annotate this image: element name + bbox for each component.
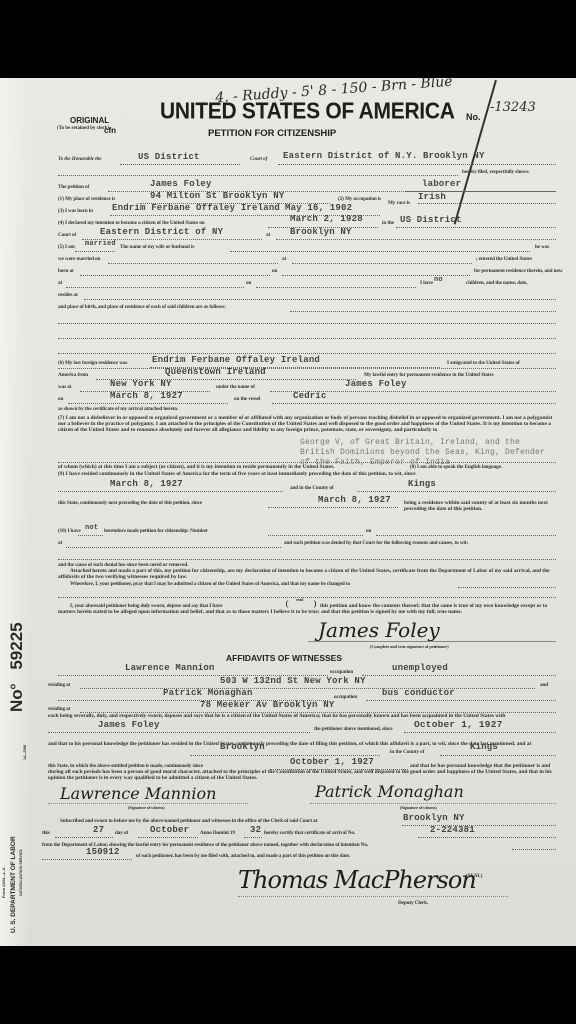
declaration-court: US District [400,215,462,225]
county-label-2: in the County of [390,749,424,755]
field-line [66,287,244,288]
residing-label-w2: residing at [48,706,70,712]
known-since: October 1, 1927 [414,719,503,730]
entry-name: James Foley [345,379,407,389]
field-line [512,849,556,850]
field-line [268,535,363,536]
witness2-address: 78 Meeker Av Brooklyn NY [200,700,334,710]
married-on-label: we were married on [58,256,100,262]
allegiance-text: (7) I am not a disbeliever in or opposed… [58,415,556,433]
america-from-label: America from [58,372,88,378]
field-line [272,403,556,404]
field-line [80,688,535,689]
certify-label: hereby certify that certificate of arriv… [264,830,355,836]
field-line [78,535,103,536]
marital-status: married [85,240,116,248]
reside-label: resides at [58,292,78,298]
affidavits-heading: AFFIDAVITS OF WITNESSES [226,653,342,663]
signature-line [48,803,248,804]
on-label-2: on [246,280,251,286]
certificate-label: as shown by the certificate of my arriva… [58,406,178,412]
witness1-signature: Lawrence Mannion [60,784,216,803]
on-label: on [272,268,277,274]
field-line [276,239,556,240]
witness1-name: Lawrence Mannion [125,663,215,673]
court-name: US District [138,152,200,162]
wherefore-text: Wherefore, I, your petitioner, pray that… [70,581,350,587]
subscribed-month: October [150,825,189,835]
number-label: No. [466,112,481,122]
permanent-label: for permanent residence therein, and now [474,268,563,274]
field-line [58,462,556,463]
field-line [256,287,416,288]
field-line [58,323,556,324]
field-line [440,755,556,756]
children-suffix: children, and the name, date, [466,280,527,286]
field-line [58,491,283,492]
field-line [396,227,556,228]
field-line [84,299,556,300]
serial-value: 59225 [7,622,26,669]
document-title: UNITED STATES OF AMERICA [160,99,455,125]
residence-value: 94 Milton St Brooklyn NY [150,191,284,201]
field-line [366,700,556,701]
field-line [42,859,132,860]
field-line [120,164,240,165]
petition-document: 4. - Ruddy - 5' 8 - 150 - Brn - Blue ORI… [0,78,576,946]
birthplace-value: Endrim Ferbane Offaley Ireland [112,203,280,213]
lawful-entry-label: My lawful entry for permanent residence … [364,372,494,378]
at-label-4: at [58,540,62,546]
in-the-label: in the [382,220,394,226]
occupation-label: (2) My occupation is [338,196,381,202]
field-line [418,837,556,838]
english-text: (8) I am able to speak the English langu… [410,464,502,470]
original-label: ORIGINAL [70,116,109,125]
occupation-label-w1: occupation [330,669,353,675]
oath-text-2: this petition and know the contents ther… [58,603,556,615]
field-line [58,338,556,339]
at-label-3: at [58,280,62,286]
form-label: Form 2204—L-A [1,867,6,898]
petition-of-label: The petition of [58,184,89,190]
filed-text: of such petitioner, has been by me filed… [136,853,350,859]
this-label: this [42,830,50,836]
was-at-label: was at [58,384,71,390]
subscribed-place: Brooklyn NY [403,813,465,823]
vessel-label: on the vessel [234,396,260,402]
declared-label: (4) I declared my intention to become a … [58,220,205,226]
county-label: and in the County of [290,485,334,491]
petition-number: -13243 [490,100,536,115]
prior-petition-label: (10) I have [58,528,81,534]
children-count: no [434,276,443,284]
prior-petition-suffix: heretofore made petition for citizenship… [104,528,208,534]
last-residence-label: (6) My last foreign residence was [58,360,127,366]
field-line [58,175,458,176]
married-label: (5) I am [58,244,75,250]
field-line [66,547,281,548]
born-label: (3) I was born in [58,208,93,214]
serial-number: Noo 59225 [7,622,27,712]
race-label: My race is [388,200,410,206]
field-line [402,825,556,826]
he-was-label: he was [535,244,549,250]
signature-line [238,896,508,897]
field-line [58,368,556,369]
state-suffix [58,506,358,512]
on-label-4: on [366,528,371,534]
clerk-title: Deputy Clerk. [398,900,428,906]
witness2-signature: Patrick Monaghan [315,782,464,801]
department-label: U. S. DEPARTMENT OF LABOR [10,836,17,933]
entered-label: ; entered the United States [476,256,532,262]
declaration-at: Brooklyn NY [290,227,352,237]
petitioner-signature: James Foley [318,618,440,642]
residing-label-w1: residing at [48,682,70,688]
field-line [138,837,198,838]
emigrated-from: Queenstown Ireland [165,367,266,377]
field-line [55,837,113,838]
emigrated-label: I emigrated to the United States of [447,360,520,366]
witness1-address: 503 W 132nd St New York NY [220,676,366,686]
subscribed-text: Subscribed and sworn to before me by the… [60,818,317,824]
court-of-label-2: Court of [58,232,76,238]
witness2-caption: (Signature of witness) [400,805,437,810]
denied-label: and such petition was denied by that Cou… [284,540,468,546]
occupation-value: laborer [422,179,461,189]
field-line [290,311,556,312]
seal-label: (SEAL) [466,873,482,879]
edition-label: 14—2398 [23,745,27,760]
declaration-number: 150912 [86,847,120,857]
field-line [48,732,310,733]
entry-date: March 8, 1927 [110,391,183,401]
document-subtitle: PETITION FOR CITIZENSHIP [208,128,336,139]
field-line [58,597,556,598]
anno-label: Anno Domini 19 [200,830,235,836]
field-line [190,755,380,756]
entry-port: New York NY [110,379,172,389]
witness1-occupation: unemployed [392,663,448,673]
subscribed-day: 27 [93,825,104,835]
field-line [357,491,556,492]
prior-petition-value: not [85,524,98,532]
field-line [68,403,228,404]
attached-text: Attached hereto and made a part of this,… [58,568,556,580]
petitioner-name: James Foley [150,179,212,189]
filed-label: hereby filed, respectfully shows: [462,169,530,175]
vessel-name: Cedric [293,391,327,401]
retained-label: (To be retained by clerk) [57,125,109,131]
field-line [230,251,530,252]
signature-line [308,641,556,642]
subscribed-year: 32 [250,825,261,835]
field-line [75,251,115,252]
state-since: March 8, 1927 [318,495,391,505]
clerk-initials: cfn [104,126,116,135]
residence-label: (1) My place of residence is [58,196,115,202]
witness1-caption: (Signature of witness) [128,805,165,810]
arrival-number: 2-224381 [430,825,475,835]
field-line [376,535,556,536]
on-label-3: on [58,396,63,402]
resided-since: March 8, 1927 [110,479,183,489]
field-line [362,675,556,676]
clerk-signature: Thomas MacPherson [238,866,476,894]
signature-line [310,803,556,804]
signature-caption: (Complete and true signature of petition… [370,644,448,649]
county-value: Kings [408,479,436,489]
serial-prefix: No [7,689,26,712]
field-line [58,559,556,560]
race-value: Irish [418,192,446,202]
field-line [404,732,556,733]
affidavit-county: Kings [470,742,498,752]
state-suffix-text: being a residence within said county of … [404,500,556,512]
field-line [418,203,556,204]
since-label: the petitioner above mentioned, since [314,726,392,732]
spouse-label: The name of my wife or husband is [120,244,194,250]
occupation-label-w2: occupation [334,694,357,700]
witness2-occupation: bus conductor [382,688,455,698]
children-label: I have [420,280,433,286]
field-line [108,263,278,264]
court-of-label: Court of [250,156,267,162]
character-text: and that he has personal knowledge that … [48,763,556,781]
field-line [278,164,556,165]
field-line [458,587,556,588]
at-label-2: at [282,256,286,262]
and-label: and [540,682,548,688]
birthdate-value: May 16, 1902 [285,203,352,213]
declaration-court-of: Eastern District of NY [100,227,223,237]
at-label: at [266,232,270,238]
under-name-label: under the name of [216,384,255,390]
day-of-label: day of [115,830,128,836]
court-location: Eastern District of N.Y. Brooklyn NY [283,151,485,161]
declaration-date: March 2, 1928 [290,214,363,224]
born-at-label: born at [58,268,74,274]
to-honorable-label: To the Honorable the [58,156,102,162]
service-label: NATURALIZATION SERVICE [19,849,23,896]
resided-at: Brooklyn [220,742,265,752]
children-place-label: and place of birth, and place of residen… [58,304,226,310]
field-line [244,837,262,838]
field-line [292,263,472,264]
affidavit-petitioner-name: James Foley [98,720,160,730]
field-line [80,275,270,276]
field-line [58,353,556,354]
residence-period-text: (9) I have resided continuously in the U… [58,471,556,477]
last-residence: Endrim Ferbane Offaley Ireland [152,355,320,365]
witness2-name: Patrick Monaghan [163,688,253,698]
